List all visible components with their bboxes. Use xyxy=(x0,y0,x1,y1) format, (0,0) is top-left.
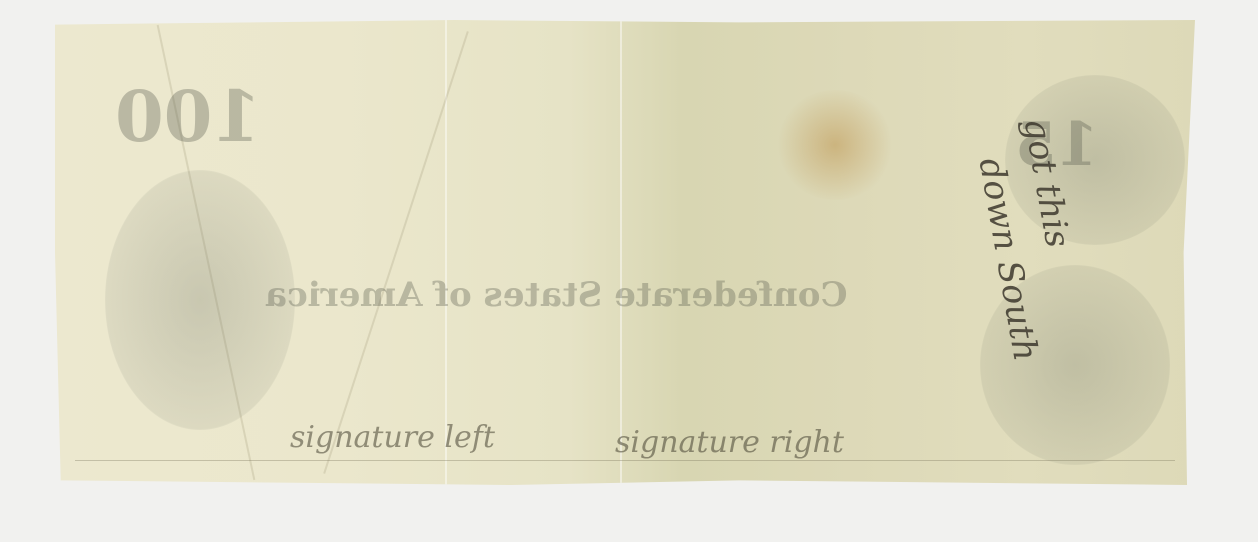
border-line xyxy=(75,460,1175,461)
stain xyxy=(775,90,895,200)
title-show-through: Confederate States of America xyxy=(265,275,848,315)
denomination-left: 100 xyxy=(115,75,261,158)
signature-right: signature right xyxy=(615,425,844,460)
signature-left: signature left xyxy=(290,420,495,455)
fold-line xyxy=(620,20,622,485)
banknote: 100 15 Confederate States of America got… xyxy=(55,20,1195,485)
